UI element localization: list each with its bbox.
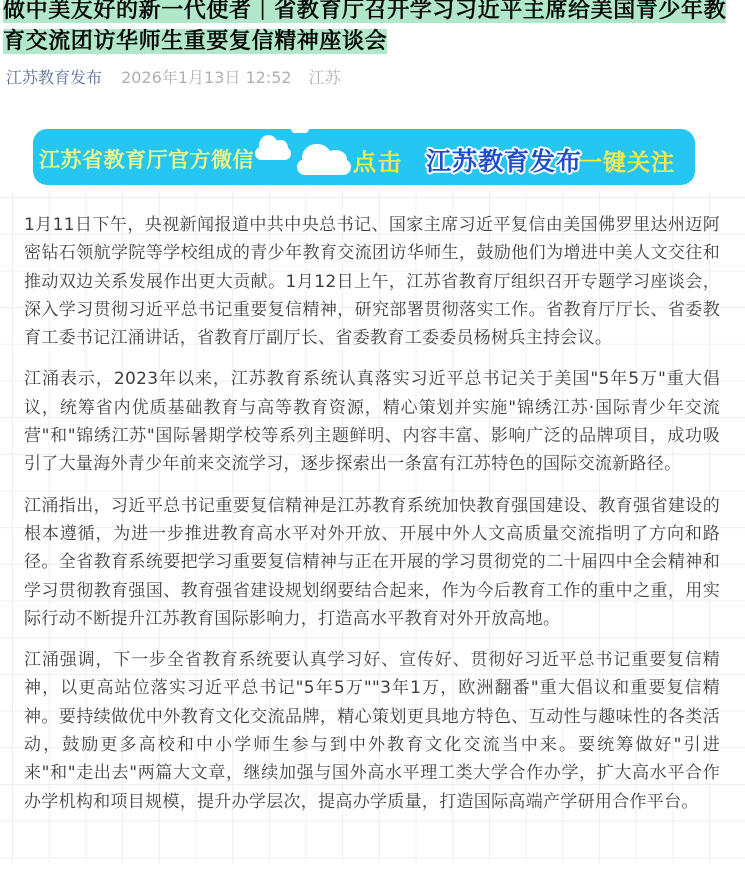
page-title-highlight: 做中美友好的新一代使者｜省教育厅召开学习习近平主席给美国青少年教育交流团访华师生… (3, 0, 726, 54)
publish-date: 2026年1月13日 12:52 (121, 68, 291, 87)
banner-click-text: 点击 (353, 144, 403, 177)
article-paragraph: 1月11日下午，央视新闻报道中共中央总书记、国家主席习近平复信由美国佛罗里达州迈… (24, 211, 720, 352)
cloud-icon (291, 125, 309, 133)
page-title: 做中美友好的新一代使者｜省教育厅召开学习习近平主席给美国青少年教育交流团访华师生… (3, 0, 735, 57)
article-body: 1月11日下午，央视新闻报道中共中央总书记、国家主席习近平复信由美国佛罗里达州迈… (0, 191, 745, 863)
banner-follow-button[interactable]: 一键关注 (579, 144, 675, 177)
article-paragraph: 江涌表示，2023年以来，江苏教育系统认真落实习近平总书记关于美国"5年5万"重… (24, 365, 720, 478)
article-page: 做中美友好的新一代使者｜省教育厅召开学习习近平主席给美国青少年教育交流团访华师生… (0, 0, 745, 878)
publish-location: 江苏 (309, 68, 341, 87)
cloud-icon (255, 147, 291, 160)
banner-left-text: 江苏省教育厅官方微信 (39, 144, 254, 174)
article-paragraph: 江涌强调，下一步全省教育系统要认真学习好、宣传好、贯彻好习近平总书记重要复信精神… (24, 646, 720, 816)
cloud-icon (297, 159, 351, 175)
account-link[interactable]: 江苏教育发布 (6, 68, 102, 87)
byline: 江苏教育发布 2026年1月13日 12:52 江苏 (6, 67, 735, 89)
banner-account-text: 江苏教育发布 (426, 142, 582, 178)
promo-banner-image[interactable]: 江苏省教育厅官方微信 点击 江苏教育发布 一键关注 (33, 129, 695, 185)
article-paragraph: 江涌指出，习近平总书记重要复信精神是江苏教育系统加快教育强国建设、教育强省建设的… (24, 492, 720, 633)
